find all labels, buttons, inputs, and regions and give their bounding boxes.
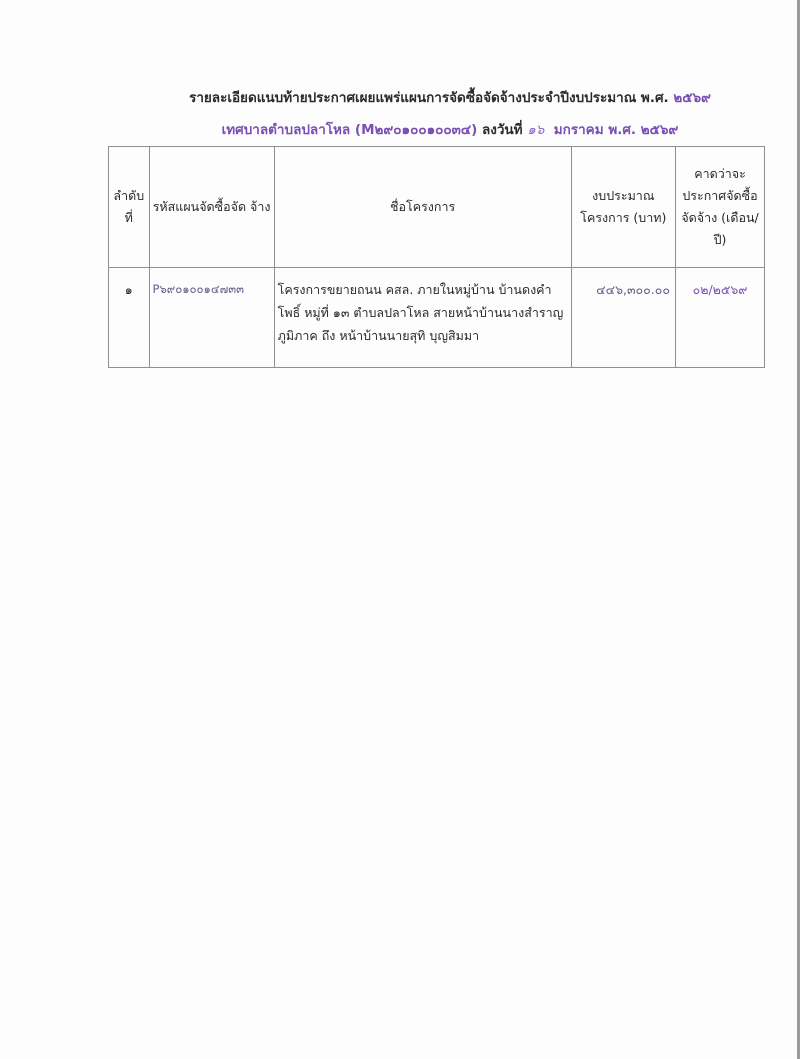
table-header-row: ลำดับ ที่ รหัสแผนจัดซื้อจัด จ้าง ชื่อโคร… [109, 147, 765, 268]
date-year: ๒๕๖๙ [641, 122, 679, 138]
date-prefix: ลงวันที่ [482, 122, 523, 138]
cell-plan-code: P๖๙๐๑๐๐๑๔๗๓๓ [149, 268, 274, 368]
organization-name: เทศบาลตำบลปลาโหล (M๒๙๐๑๐๐๑๐๐๓๔) [222, 122, 478, 138]
cell-project-name: โครงการขยายถนน คสล. ภายในหมู่บ้าน บ้านดง… [274, 268, 571, 368]
cell-expected-date: ๐๒/๒๕๖๙ [676, 268, 765, 368]
handwritten-day: ๑๖ [527, 122, 544, 138]
header-no: ลำดับ ที่ [109, 147, 150, 268]
header-plan-code: รหัสแผนจัดซื้อจัด จ้าง [149, 147, 274, 268]
procurement-plan-table: ลำดับ ที่ รหัสแผนจัดซื้อจัด จ้าง ชื่อโคร… [108, 146, 765, 368]
title-year: ๒๕๖๙ [673, 90, 711, 106]
header-budget: งบประมาณ โครงการ (บาท) [571, 147, 675, 268]
cell-no: ๑ [109, 268, 150, 368]
title-text: รายละเอียดแนบท้ายประกาศเผยแพร่แผนการจัดซ… [189, 90, 669, 106]
month-label: มกราคม พ.ศ. [554, 122, 636, 138]
cell-budget: ๔๔๖,๓๐๐.๐๐ [571, 268, 675, 368]
document-title: รายละเอียดแนบท้ายประกาศเผยแพร่แผนการจัดซ… [160, 86, 740, 108]
document-subtitle: เทศบาลตำบลปลาโหล (M๒๙๐๑๐๐๑๐๐๓๔) ลงวันที่… [160, 118, 740, 140]
header-project-name: ชื่อโครงการ [274, 147, 571, 268]
table-row: ๑ P๖๙๐๑๐๐๑๔๗๓๓ โครงการขยายถนน คสล. ภายใน… [109, 268, 765, 368]
header-expected-date: คาดว่าจะ ประกาศจัดซื้อ จัดจ้าง (เดือน/ปี… [676, 147, 765, 268]
